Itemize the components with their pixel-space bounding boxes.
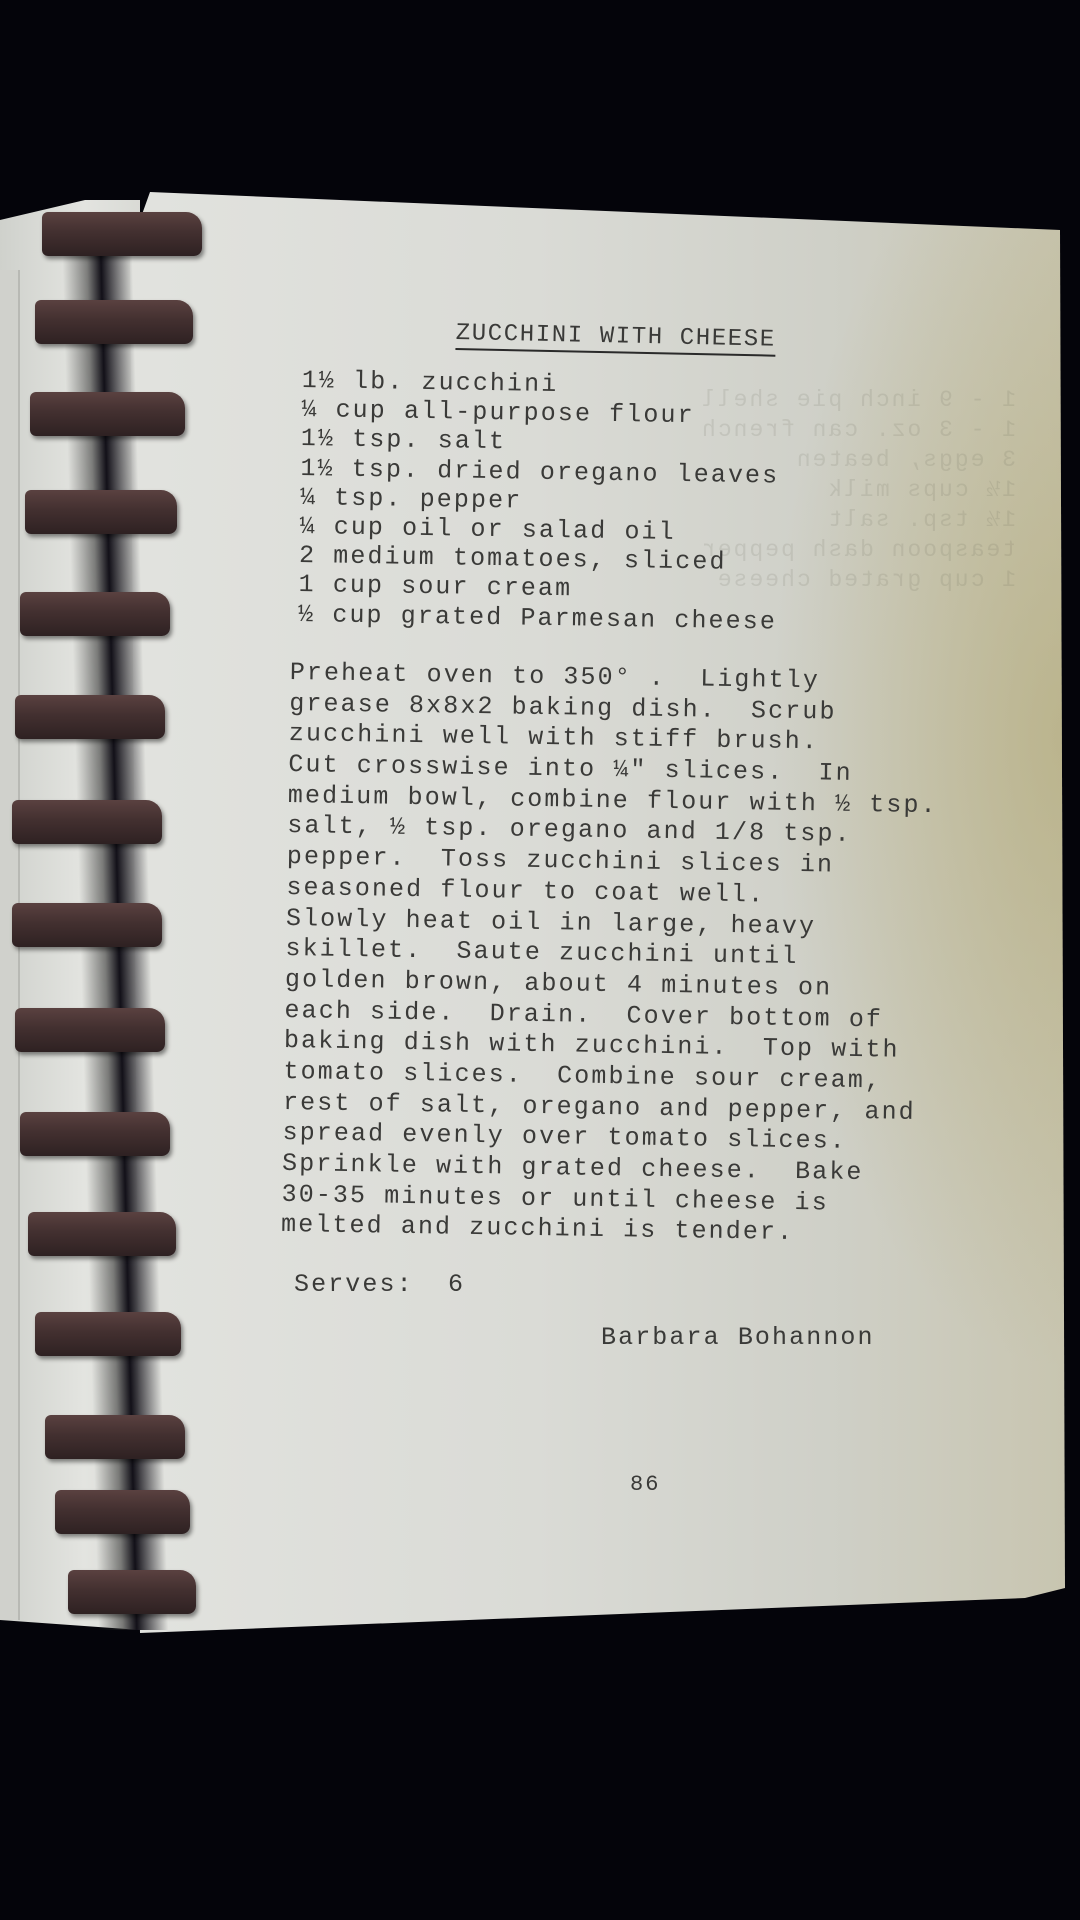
binding-coil [25, 490, 177, 534]
binding-coil [20, 1112, 170, 1156]
binding-coil [35, 300, 193, 344]
instructions-text: Preheat oven to 350° . Lightlygrease 8x8… [281, 660, 940, 1253]
page-number: 86 [630, 1474, 661, 1496]
binding-coil [12, 800, 162, 844]
serves-value: 6 [448, 1270, 465, 1299]
binding-coil [42, 212, 202, 256]
serves-label: Serves: [294, 1270, 414, 1299]
binding-coil [15, 695, 165, 739]
binding-coil [55, 1490, 190, 1534]
servings: Serves: 6 [294, 1272, 465, 1297]
binding-coil [35, 1312, 181, 1356]
ingredients-list: 1½ lb. zucchini¼ cup all-purpose flour1½… [298, 368, 781, 638]
recipe-author: Barbara Bohannon [601, 1325, 875, 1350]
binding-coil [12, 903, 162, 947]
binding-coil [30, 392, 185, 436]
binding-coil [68, 1570, 196, 1614]
binding-coil [15, 1008, 165, 1052]
binding-coil [28, 1212, 176, 1256]
binding-coil [20, 592, 170, 636]
binding-coil [45, 1415, 185, 1459]
